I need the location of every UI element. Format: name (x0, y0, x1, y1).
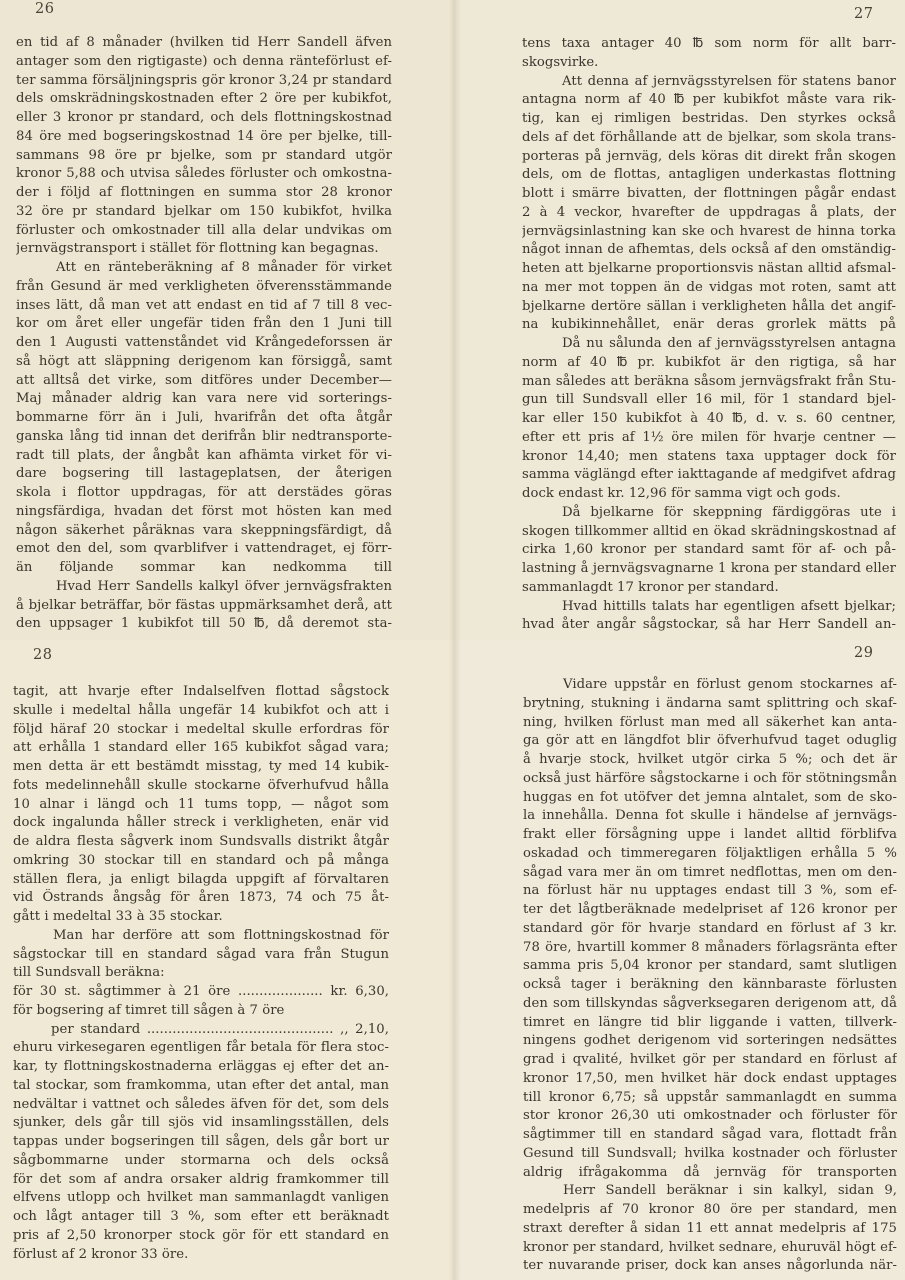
text-line: blott i smärre bivatten, der flottningen… (522, 185, 896, 204)
text-line: de aldra flesta sågverk inom Sundsvalls … (13, 833, 389, 852)
text-line: skola i flottor uppdragas, för att derst… (16, 484, 392, 503)
text-line: för 30 st. sågtimmer à 21 öre ..........… (13, 983, 389, 1002)
text-line: men detta är ett bestämdt misstag, ty me… (13, 758, 389, 777)
gutter-shadow (455, 0, 461, 640)
text-line: att erhålla 1 standard eller 165 kubikfo… (13, 739, 389, 758)
page-number: 29 (854, 645, 873, 661)
text-line: omkring 30 stockar till en standard och … (13, 852, 389, 871)
page-body: en tid af 8 månader (hvilken tid Herr Sa… (16, 34, 392, 634)
text-line: frakt eller försågning uppe i landet all… (523, 826, 897, 845)
text-line: la innehålla. Denna fot skulle i händels… (523, 807, 897, 826)
text-line: den uppsager 1 kubikfot till 50 ℔, då de… (16, 615, 392, 634)
text-line: tal stockar, som framkomma, utan efter d… (13, 1077, 389, 1096)
text-line: gun till Sundsvall eller 16 mil, för 1 s… (522, 391, 896, 410)
text-line: Hvad hittills talats har egentligen afse… (522, 598, 896, 617)
text-line: 2 à 4 veckor, hvarefter de uppdragas å p… (522, 204, 896, 223)
text-line: sågstockar till en standard sågad vara f… (13, 946, 389, 965)
text-line: bjelkarne dertöre sällan i verkligheten … (522, 298, 896, 317)
text-line: kar, ty flottningskostnaderna erläggas e… (13, 1058, 389, 1077)
text-line: kor om året eller ungefär tiden från den… (16, 315, 392, 334)
text-line: förluster och omkostnader till alla dela… (16, 222, 392, 241)
text-line: samma väglängd efter iakttagande af medg… (522, 466, 896, 485)
text-line: dels af det förhållande att de bjelkar, … (522, 129, 896, 148)
text-line: grad i qvalité, hvilket gör per standard… (523, 1051, 897, 1070)
text-line: inses lätt, då man vet att endast en tid… (16, 297, 392, 316)
text-line: för det som af andra orsaker aldrig fram… (13, 1171, 389, 1190)
text-line: na förlust här nu upptages endast till 3… (523, 882, 897, 901)
text-line: skulle i medeltal hålla ungefär 14 kubik… (13, 702, 389, 721)
text-line: lastning å jernvägsvagnarne 1 krona per … (522, 560, 896, 579)
text-line: kronor 14,40; men statens taxa upptager … (522, 448, 896, 467)
text-line: dels omskrädningskostnaden efter 2 öre p… (16, 90, 392, 109)
text-line: na kubikinnehållet, enär deras grorlek m… (522, 316, 896, 335)
text-line: antagna norm af 40 ℔ per kubikfot måste … (522, 91, 896, 110)
page-28: 28 tagit, att hvarje efter Indalselfven … (0, 640, 455, 1280)
text-line: den som tillskyndas sågverksegaren derig… (523, 995, 897, 1014)
text-line: der i följd af flottningen en summa stor… (16, 184, 392, 203)
text-line: och lågt antager till 3 %, som efter ett… (13, 1208, 389, 1227)
text-line: 10 alnar i längd och 11 tums topp, — någ… (13, 796, 389, 815)
text-line: ter det lågtberäknade medelpriset af 126… (523, 901, 897, 920)
text-line: efter ett pris af 1½ öre milen för hvarj… (522, 429, 896, 448)
text-line: något innan de afhemtas, dels också af d… (522, 241, 896, 260)
text-line: timret en längre tid blir liggande i vat… (523, 1014, 897, 1033)
text-line: ter samma försäljningspris gör kronor 3,… (16, 72, 392, 91)
text-line: ning, hvilken förlust man med all säkerh… (523, 714, 897, 733)
text-line: kronor 17,50, men hvilket här dock endas… (523, 1070, 897, 1089)
text-line: också tager i beräkning den kännbaraste … (523, 976, 897, 995)
text-line: förlust af 2 kronor 33 öre. (13, 1246, 389, 1265)
text-line: den 1 Augusti vattenståndet vid Krångede… (16, 334, 392, 353)
text-line: till kronor 6,75; så uppstår sammanlagdt… (523, 1089, 897, 1108)
text-line: från Gesund är med verkligheten öfverens… (16, 278, 392, 297)
text-line: ganska lång tid innan det derifrån blir … (16, 428, 392, 447)
page-27: 27 tens taxa antager 40 ℔ som norm för a… (455, 0, 905, 640)
text-line: porteras på jernväg, dels köras dit dire… (522, 148, 896, 167)
text-line: än följande sommar kan nedkomma till ske… (16, 559, 392, 578)
text-line: Då bjelkarne för skeppning färdiggöras u… (522, 504, 896, 523)
text-line: hvad åter angår sågstockar, så har Herr … (522, 616, 896, 635)
text-line: dock ingalunda håller streck i verklighe… (13, 814, 389, 833)
text-line: tig, kan ej rimligen bestridas. Den styr… (522, 110, 896, 129)
text-line: dock endast kr. 12,96 för samma vigt och… (522, 485, 896, 504)
text-line: cirka 1,60 kronor per standard samt för … (522, 541, 896, 560)
text-line: standard gör för hvarje standard en förl… (523, 920, 897, 939)
text-line: huggas en fot utöfver det jemna alntalet… (523, 789, 897, 808)
text-line: stor kronor 26,30 uti omkostnader och fö… (523, 1107, 897, 1126)
text-line: ter nuvarande priser, dock kan anses någ… (523, 1257, 897, 1276)
text-line: att alltså det virke, som ditföres under… (16, 372, 392, 391)
text-line: någon säkerhet påräknas vara skeppningsf… (16, 522, 392, 541)
text-line: vid Östrands ångsåg för åren 1873, 74 oc… (13, 889, 389, 908)
text-line: antager som den rigtigaste) och denna rä… (16, 53, 392, 72)
text-line: tappas under bogseringen till sågen, del… (13, 1133, 389, 1152)
text-line: till Sundsvall beräkna: (13, 964, 389, 983)
text-line: tagit, att hvarje efter Indalselfven flo… (13, 683, 389, 702)
text-line: sågbommarne under stormarna och dels ock… (13, 1152, 389, 1171)
text-line: fots medelinnehåll skulle stockarne öfve… (13, 777, 389, 796)
text-line: jernvägsinlastning kan ske och hvarest d… (522, 223, 896, 242)
text-line: Hvad Herr Sandells kalkyl öfver jernvägs… (16, 578, 392, 597)
text-line: så högt att släppning derigenom kan förs… (16, 353, 392, 372)
page-body: tagit, att hvarje efter Indalselfven flo… (13, 683, 389, 1264)
text-line: sågtimmer till en standard sågad vara, f… (523, 1126, 897, 1145)
text-line: kronor per standard, hvilket sednare, eh… (523, 1239, 897, 1258)
text-line: heten att bjelkarne proportionsvis nästa… (522, 260, 896, 279)
text-line: 32 öre pr standard bjelkar om 150 kubikf… (16, 203, 392, 222)
text-line: en tid af 8 månader (hvilken tid Herr Sa… (16, 34, 392, 53)
text-line: oskadad och timmeregaren följaktligen er… (523, 845, 897, 864)
text-line: ningens godhet derigenom vid sorteringen… (523, 1032, 897, 1051)
text-line: ställen flera, ja enligt bilagda uppgift… (13, 871, 389, 890)
page-body: tens taxa antager 40 ℔ som norm för allt… (522, 35, 896, 635)
text-line: straxt derefter å sidan 11 ett annat med… (523, 1220, 897, 1239)
text-line: gått i medeltal 33 à 35 stockar. (13, 908, 389, 927)
text-line: sjunker, dels går till sjös vid insamlin… (13, 1114, 389, 1133)
page-number: 28 (33, 647, 52, 663)
page-body: Vidare uppstår en förlust genom stockarn… (523, 676, 897, 1276)
page-26: 26 en tid af 8 månader (hvilken tid Herr… (0, 0, 455, 640)
text-line: Då nu sålunda den af jernvägsstyrelsen a… (522, 335, 896, 354)
text-line: sågad vara mer än om timret nedflottas, … (523, 864, 897, 883)
text-line: sammanlagdt 17 kronor per standard. (522, 579, 896, 598)
text-line: Gesund till Sundsvall; hvilka kostnader … (523, 1145, 897, 1164)
text-line: aldrig ifrågakomma då jernväg för transp… (523, 1164, 897, 1183)
text-line: samma pris 5,04 kronor per standard, sam… (523, 957, 897, 976)
text-line: nedvältar i vattnet och således äfven fö… (13, 1096, 389, 1115)
text-line: norm af 40 ℔ pr. kubikfot är den rigtiga… (522, 354, 896, 373)
text-line: jernvägstransport i stället för flottnin… (16, 240, 392, 259)
text-line: dare bogsering till lastageplatsen, der … (16, 465, 392, 484)
text-line: pris af 2,50 kronorper stock gör för ett… (13, 1227, 389, 1246)
page-number: 27 (854, 6, 873, 22)
text-line: ga gör att en längdfot blir öfverhufvud … (523, 732, 897, 751)
text-line: Man har derföre att som flottningskostna… (13, 927, 389, 946)
text-line: å hvarje stock, hvilket utgör cirka 5 %;… (523, 751, 897, 770)
text-line: eller 3 kronor pr standard, och dels flo… (16, 109, 392, 128)
text-line: Maj månader aldrig kan vara nere vid sor… (16, 390, 392, 409)
text-line: na mer mot toppen än de vidgas mot roten… (522, 279, 896, 298)
text-line: tens taxa antager 40 ℔ som norm för allt… (522, 35, 896, 54)
text-line: Att en ränteberäkning af 8 månader för v… (16, 259, 392, 278)
text-line: elfvens utlopp och hvilket man sammanlag… (13, 1189, 389, 1208)
text-line: 84 öre med bogseringskostnad 14 öre per … (16, 128, 392, 147)
text-line: för bogsering af timret till sågen à 7 ö… (13, 1002, 389, 1021)
text-line: medelpris af 70 kronor 80 öre per standa… (523, 1201, 897, 1220)
page-29: 29 Vidare uppstår en förlust genom stock… (455, 640, 905, 1280)
text-line: radt till plats, der ångbåt kan afhämta … (16, 447, 392, 466)
text-line: följd häraf 20 stockar i medeltal skulle… (13, 721, 389, 740)
text-line: å bjelkar beträffar, bör fästas uppmärks… (16, 597, 392, 616)
text-line: skogen tillkommer alltid en ökad skrädni… (522, 523, 896, 542)
text-line: Herr Sandell beräknar i sin kalkyl, sida… (523, 1182, 897, 1201)
text-line: Vidare uppstår en förlust genom stockarn… (523, 676, 897, 695)
text-line: sammans 98 öre pr bjelke, som pr standar… (16, 147, 392, 166)
text-line: ningsfärdiga, hvadan det först mot höste… (16, 503, 392, 522)
text-line: också just härföre sågstockarne i och fö… (523, 770, 897, 789)
text-line: bommarne förr än i Juli, hvarifrån det o… (16, 409, 392, 428)
text-line: kronor 5,88 och utvisa således förluster… (16, 165, 392, 184)
text-line: per standard ...........................… (13, 1021, 389, 1040)
page-number: 26 (35, 1, 54, 17)
gutter-shadow (455, 640, 461, 1280)
text-line: ehuru virkesegaren egentligen får betala… (13, 1039, 389, 1058)
text-line: kar eller 150 kubikfot à 40 ℔, d. v. s. … (522, 410, 896, 429)
text-line: emot den del, som qvarblifver i vattendr… (16, 540, 392, 559)
text-line: skogsvirke. (522, 54, 896, 73)
text-line: Att denna af jernvägsstyrelsen för state… (522, 73, 896, 92)
text-line: brytning, stukning i ändarna samt splitt… (523, 695, 897, 714)
text-line: 78 öre, hvartill kommer 8 månaders förla… (523, 939, 897, 958)
text-line: man således att beräkna såsom jernvägsfr… (522, 373, 896, 392)
text-line: dels, om de flottas, antagligen underkas… (522, 166, 896, 185)
